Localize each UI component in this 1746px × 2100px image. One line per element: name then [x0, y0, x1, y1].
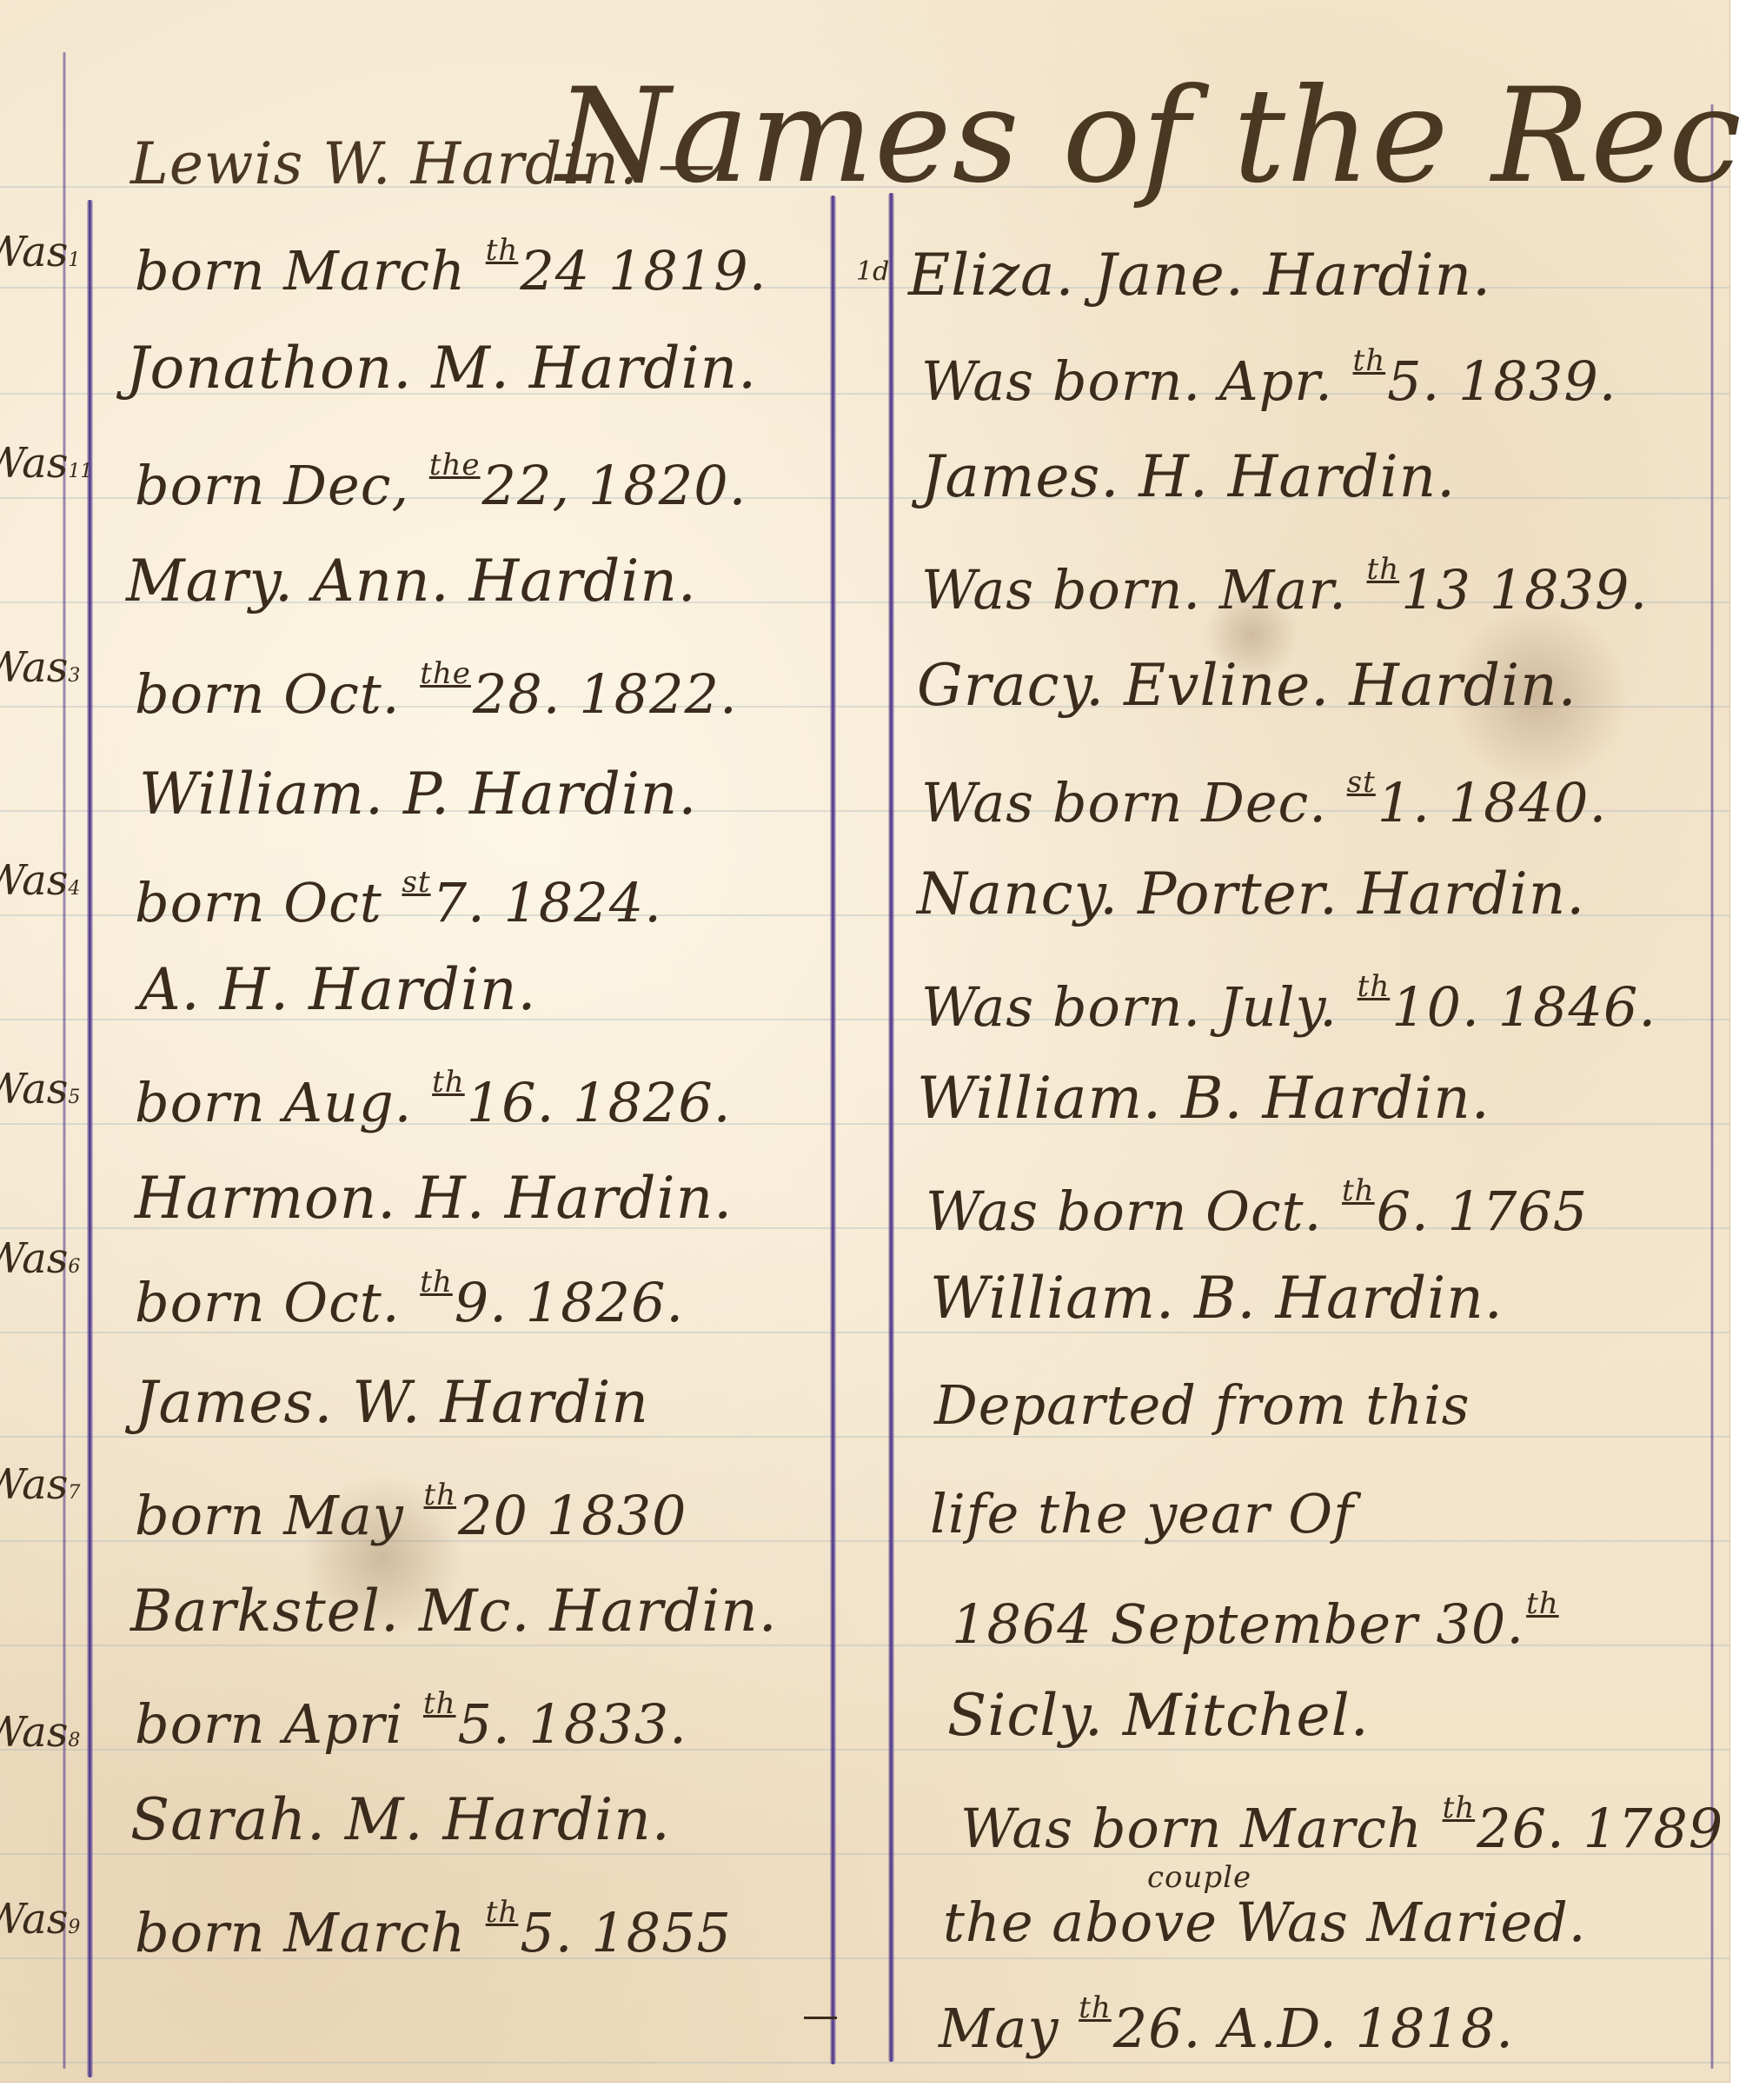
person-name: William. B. Hardin.: [930, 1265, 1504, 1332]
person-name: James. W. Hardin: [135, 1369, 649, 1436]
person-name: James. H. Hardin.: [921, 443, 1456, 510]
end-dash: [804, 2017, 837, 2019]
birth-line: born May th20 1830: [135, 1478, 687, 1547]
margin-note: Was9: [0, 1895, 80, 1944]
margin-line: [1710, 104, 1714, 2069]
margin-note: Was1: [0, 228, 80, 276]
person-name: Sicly. Mitchel.: [947, 1682, 1370, 1749]
document-title: Names of the Record: [556, 61, 1746, 212]
margin-note: Was7: [0, 1460, 80, 1509]
margin-note: Was5: [0, 1065, 80, 1113]
marriage-note-insert: couple: [1147, 1860, 1251, 1895]
column-marker: 1d: [856, 256, 889, 287]
person-name: Barkstel. Mc. Hardin.: [130, 1578, 778, 1645]
margin-note: Was4: [0, 856, 80, 905]
birth-line: Was born March th26. 1789: [960, 1791, 1723, 1860]
birth-line: born March th5. 1855: [135, 1895, 732, 1964]
title-text: Names of the Record: [556, 61, 1746, 212]
margin-note: Was8: [0, 1708, 80, 1757]
ruled-line: [0, 2062, 1729, 2063]
margin-note: Was6: [0, 1234, 80, 1283]
birth-line: Was born. Mar. th13 1839.: [921, 552, 1648, 621]
person-name: Eliza. Jane. Hardin.: [908, 242, 1491, 309]
marriage-note: the above Was Maried.: [943, 1891, 1586, 1954]
birth-line: Was born. Apr. th5. 1839.: [921, 343, 1617, 413]
header-name: Lewis W. Hardin. —: [130, 130, 716, 197]
person-name: Jonathon. M. Hardin.: [126, 335, 757, 402]
birth-line: born Apri th5. 1833.: [135, 1686, 687, 1756]
birth-line: born Aug. th16. 1826.: [135, 1065, 732, 1134]
birth-line: born Dec, the22, 1820.: [135, 448, 747, 517]
birth-line: Was born Dec. st1. 1840.: [921, 765, 1607, 834]
birth-line: born Oct. the28. 1822.: [135, 656, 738, 726]
column-divider-line: [888, 193, 894, 2062]
death-note-line: 1864 September 30.th: [952, 1586, 1561, 1656]
marriage-date: May th26. A.D. 1818.: [939, 1990, 1514, 2060]
margin-line: [63, 52, 66, 2069]
death-note-line: Departed from this: [934, 1373, 1470, 1437]
birth-line: Was born. July. th10. 1846.: [921, 969, 1656, 1039]
person-name: William. P. Hardin.: [139, 761, 697, 827]
margin-note: Was11: [0, 439, 92, 488]
person-name: Gracy. Evline. Hardin.: [917, 652, 1577, 719]
column-divider-line: [830, 196, 836, 2064]
person-name: A. H. Hardin.: [139, 956, 536, 1023]
person-name: Nancy. Porter. Hardin.: [917, 861, 1585, 927]
birth-line: Was born Oct. th6. 1765: [926, 1173, 1588, 1243]
document-page: Names of the Record Lewis W. Hardin. — W…: [0, 0, 1730, 2083]
death-note-line: life the year Of: [930, 1482, 1354, 1545]
birth-line: born Oct st7. 1824.: [135, 865, 662, 934]
birth-line: born Oct. th9. 1826.: [135, 1265, 684, 1334]
margin-note: Was3: [0, 643, 80, 692]
person-name: Mary. Ann. Hardin.: [126, 548, 697, 615]
birth-line: born March th24 1819.: [135, 233, 767, 302]
person-name: William. B. Hardin.: [917, 1065, 1490, 1132]
person-name: Sarah. M. Hardin.: [130, 1786, 671, 1853]
person-name: Harmon. H. Hardin.: [135, 1165, 733, 1232]
